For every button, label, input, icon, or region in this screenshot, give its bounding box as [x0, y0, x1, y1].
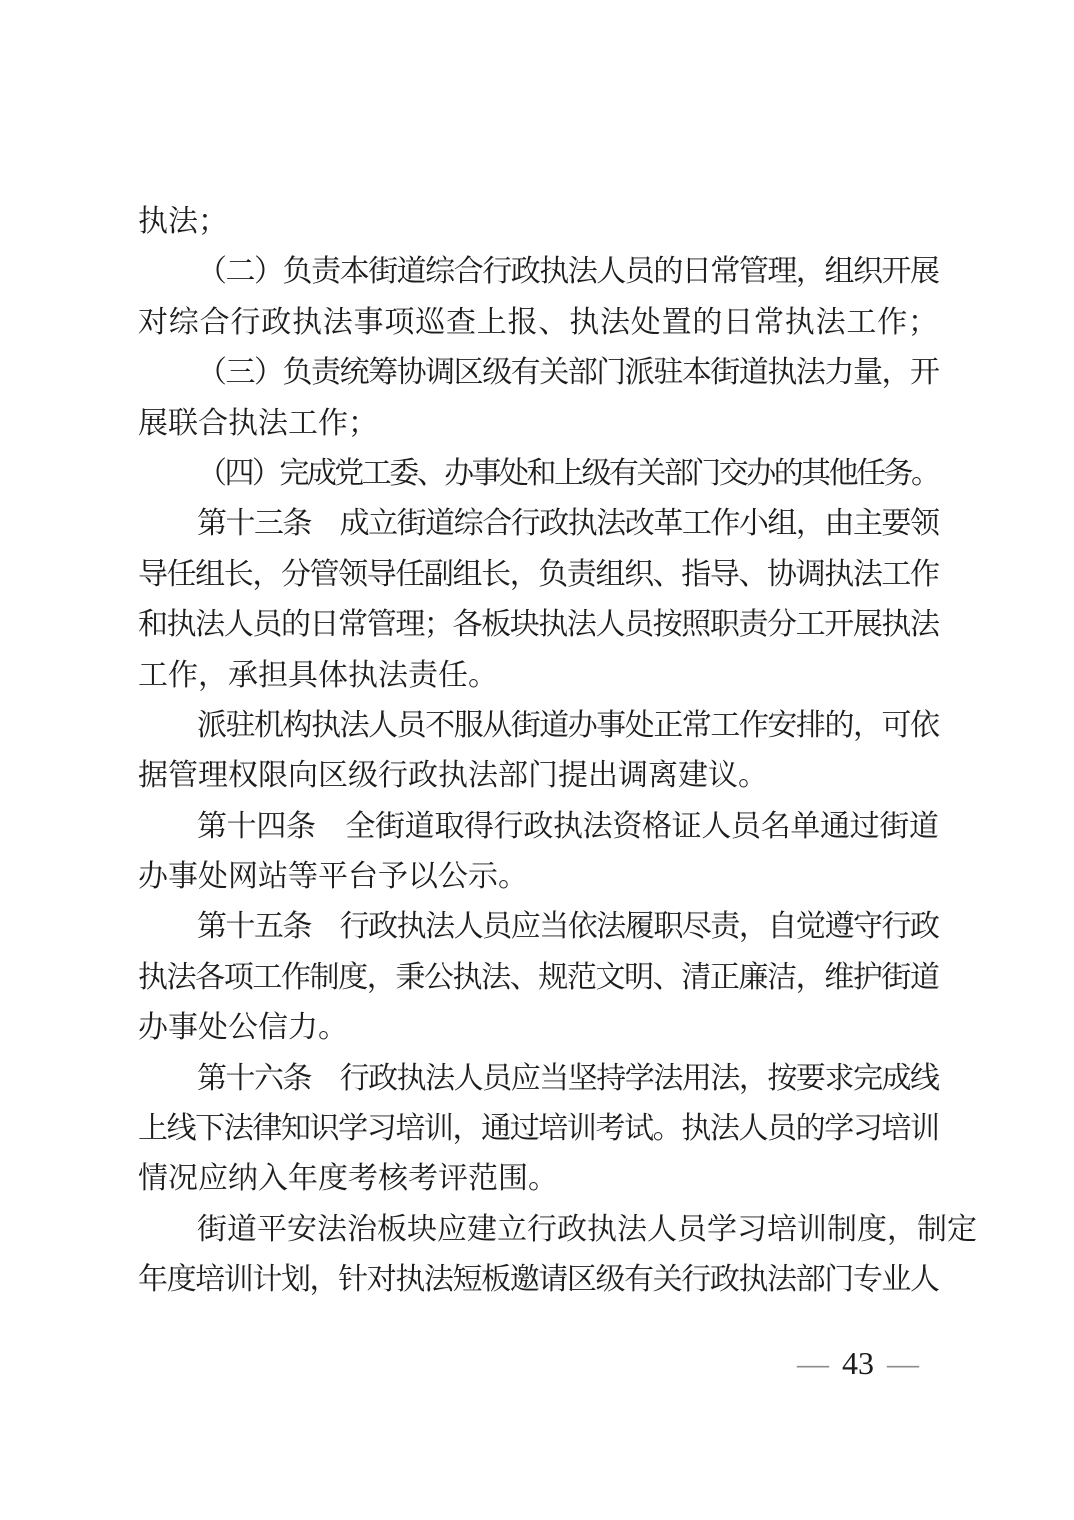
page-number-left-dash: —	[797, 1345, 829, 1381]
text-line: 展联合执法工作；	[138, 399, 938, 449]
text-line: 执法；	[138, 197, 938, 247]
text-line: （二）负责本街道综合行政执法人员的日常管理，组织开展	[138, 247, 938, 297]
text-line: 街道平安法治板块应建立行政执法人员学习培训制度，制定	[138, 1205, 938, 1255]
text-line: 工作，承担具体执法责任。	[138, 651, 938, 701]
text-line: 情况应纳入年度考核考评范围。	[138, 1154, 938, 1204]
text-line: 派驻机构执法人员不服从街道办事处正常工作安排的，可依	[138, 701, 938, 751]
text-line: 第十四条 全街道取得行政执法资格证人员名单通过街道	[138, 802, 938, 852]
text-line: 据管理权限向区级行政执法部门提出调离建议。	[138, 751, 938, 801]
text-line: 对综合行政执法事项巡查上报、执法处置的日常执法工作；	[138, 298, 938, 348]
document-page: 执法； （二）负责本街道综合行政执法人员的日常管理，组织开展 对综合行政执法事项…	[0, 0, 1074, 1520]
text-line: 第十六条 行政执法人员应当坚持学法用法，按要求完成线	[138, 1054, 938, 1104]
text-line: 第十五条 行政执法人员应当依法履职尽责，自觉遵守行政	[138, 902, 938, 952]
page-number: —43—	[797, 1345, 919, 1381]
text-line: （四）完成党工委、办事处和上级有关部门交办的其他任务。	[138, 449, 938, 499]
page-number-right-dash: —	[887, 1345, 919, 1381]
text-line: 年度培训计划，针对执法短板邀请区级有关行政执法部门专业人	[138, 1255, 938, 1305]
text-line: 上线下法律知识学习培训，通过培训考试。执法人员的学习培训	[138, 1104, 938, 1154]
text-line: 第十三条 成立街道综合行政执法改革工作小组，由主要领	[138, 499, 938, 549]
document-content: 执法； （二）负责本街道综合行政执法人员的日常管理，组织开展 对综合行政执法事项…	[138, 197, 938, 1306]
text-line: 办事处公信力。	[138, 1003, 938, 1053]
page-number-value: 43	[842, 1345, 874, 1381]
text-line: 办事处网站等平台予以公示。	[138, 852, 938, 902]
text-line: 导任组长，分管领导任副组长，负责组织、指导、协调执法工作	[138, 550, 938, 600]
text-line: 和执法人员的日常管理；各板块执法人员按照职责分工开展执法	[138, 600, 938, 650]
text-line: 执法各项工作制度，秉公执法、规范文明、清正廉洁，维护街道	[138, 953, 938, 1003]
text-line: （三）负责统筹协调区级有关部门派驻本街道执法力量，开	[138, 348, 938, 398]
